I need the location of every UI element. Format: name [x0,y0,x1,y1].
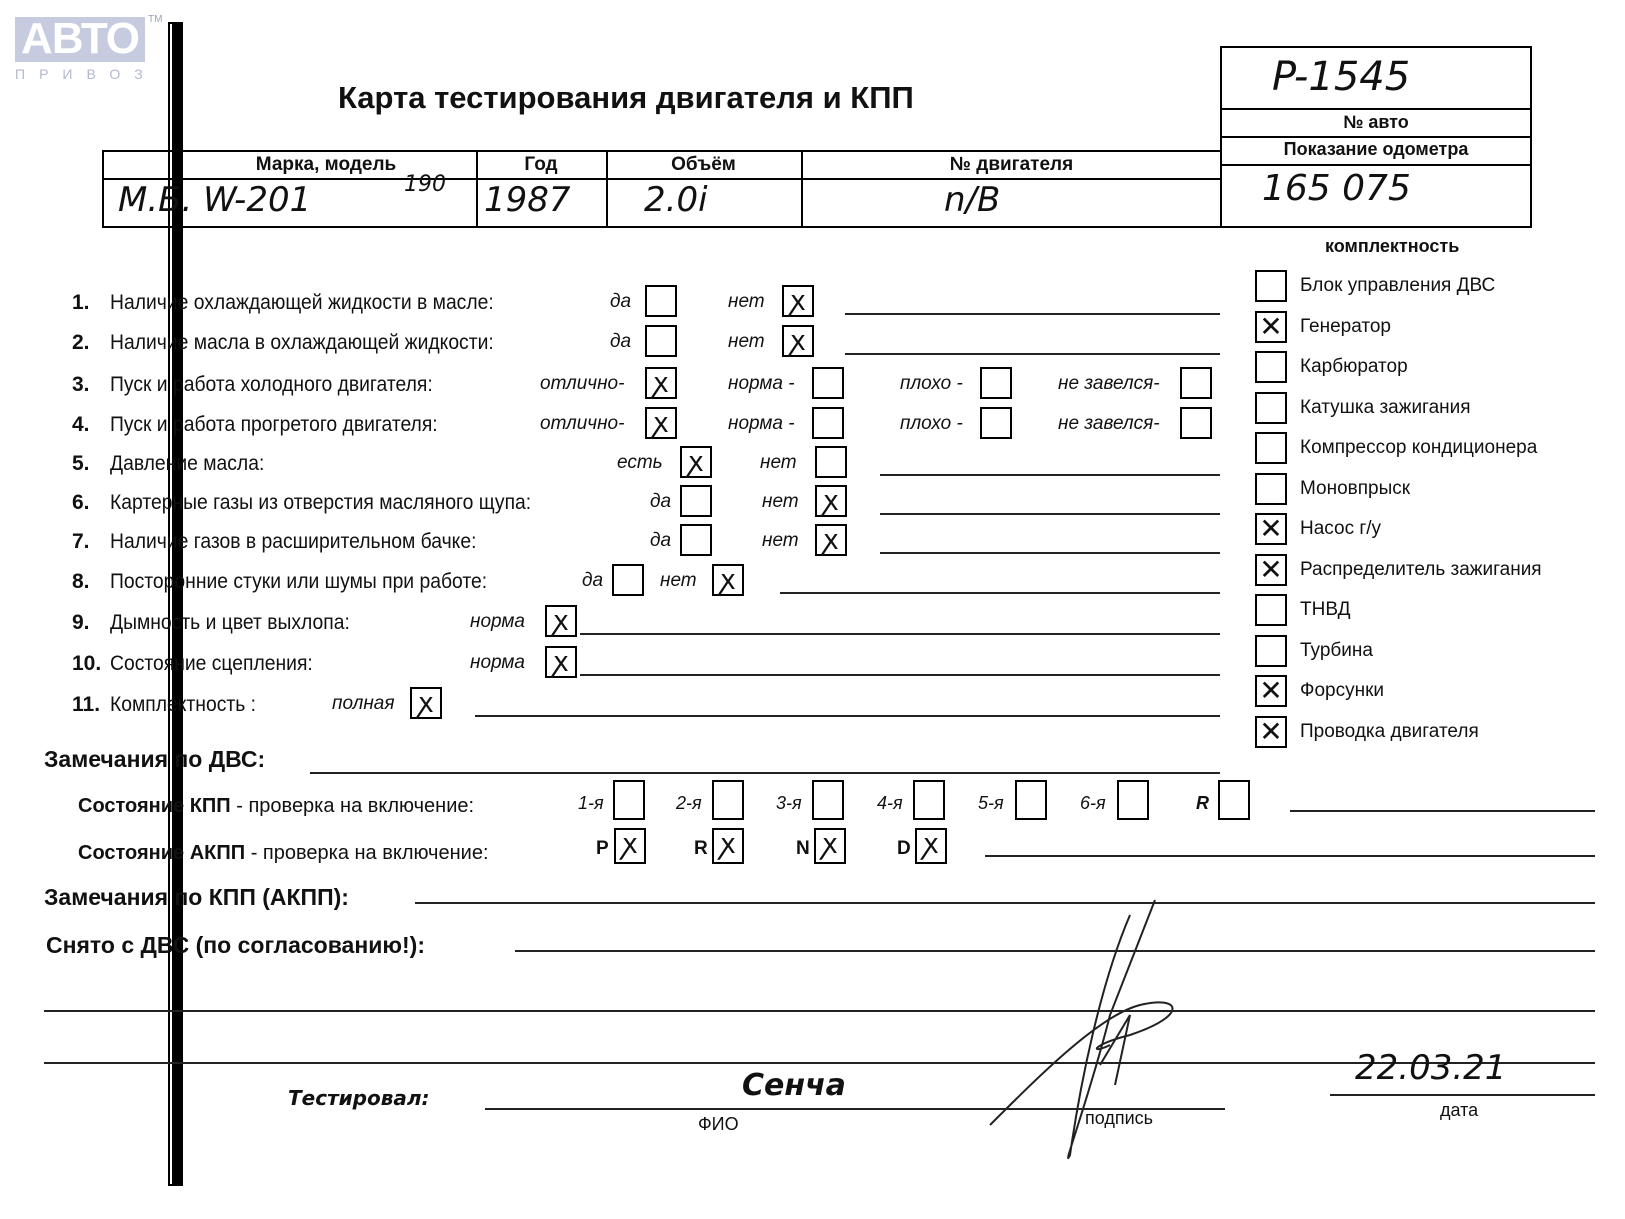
question-number: 7. [72,530,90,554]
completeness-item: ✕Насос г/у [1255,513,1595,549]
question-row: 8.Посторонние стуки или шумы при работе:… [0,562,1230,600]
question-row: 9.Дымность и цвет выхлопа:нормаꭗ [0,603,1230,641]
question-label: Пуск и работа холодного двигателя: [110,373,433,397]
option-label: да [610,331,631,353]
check-mark-icon: ꭗ [817,483,845,519]
question-label: Наличие газов в расширительном бачке: [110,530,476,554]
check-mark-icon: ꭗ [547,644,575,680]
make-model-value[interactable]: М.Б. W-201 [118,180,311,220]
remark-line[interactable] [880,474,1220,476]
question-number: 6. [72,491,90,515]
check-mark-icon: ꭗ [784,323,812,359]
check-mark-icon: ꭗ [647,405,675,441]
gear-checkbox[interactable] [1015,780,1047,820]
completeness-item: ✕Распределитель зажигания [1255,554,1595,590]
gear-label: 1-я [578,793,604,814]
completeness-item: Компрессор кондиционера [1255,432,1595,468]
question-row: 5.Давление масла:естьꭗнет [0,444,1230,482]
option-label: норма [470,652,525,674]
completeness-item: Турбина [1255,635,1595,671]
gear-checkbox[interactable] [613,780,645,820]
question-label: Наличие охлаждающей жидкости в масле: [110,291,494,315]
gear-label: R [1196,793,1209,814]
option-label: норма [470,611,525,633]
completeness-item: Моновпрыск [1255,473,1595,509]
option-label: нет [728,291,765,313]
auto-number-label: № авто [1222,112,1530,133]
volume-header: Объём [606,154,801,176]
gear-label: 4-я [877,793,903,814]
check-mark-icon: ꭗ [547,603,575,639]
check-mark-icon: ꭗ [714,826,742,862]
akpp-gear-label: R [694,838,708,860]
option-checkbox[interactable]: ꭗ [712,564,744,596]
logo-subtitle: ПРИВОЗ [15,66,145,82]
cross-mark-icon: ✕ [1257,511,1285,547]
date-caption: дата [1440,1100,1478,1121]
gear-checkbox[interactable] [712,780,744,820]
cross-mark-icon: ✕ [1257,309,1285,345]
gear-label: 5-я [978,793,1004,814]
cross-mark-icon: ✕ [1257,552,1285,588]
completeness-label: Моновпрыск [1300,478,1410,500]
model-extra-value[interactable]: 190 [404,172,446,197]
manual-gearbox-label-rest: - проверка на включение: [231,795,474,817]
gear-label: 3-я [776,793,802,814]
option-checkbox[interactable] [645,285,677,317]
akpp-gear-label: P [596,838,609,860]
signature-scribble [980,895,1220,1165]
year-value[interactable]: 1987 [484,180,571,220]
completeness-label: Карбюратор [1300,356,1408,378]
remark-line[interactable] [845,353,1220,355]
check-mark-icon: ꭗ [682,444,710,480]
completeness-checkbox[interactable]: ✕ [1255,513,1287,545]
remark-line[interactable] [880,513,1220,515]
question-number: 4. [72,413,90,437]
check-mark-icon: ꭗ [816,826,844,862]
remarks-engine-line[interactable] [310,772,1220,774]
option-label: отлично- [540,373,624,395]
removed-line-2[interactable] [44,1010,1595,1012]
option-checkbox[interactable] [1180,367,1212,399]
option-checkbox[interactable]: ꭗ [645,367,677,399]
completeness-label: Форсунки [1300,680,1384,702]
option-label: нет [762,530,799,552]
page-title: Карта тестирования двигателя и КПП [338,80,914,116]
completeness-item: ✕Форсунки [1255,675,1595,711]
remark-line[interactable] [880,552,1220,554]
box-divider [1222,108,1530,110]
akpp-gear-checkbox[interactable]: ꭗ [712,828,744,864]
option-checkbox[interactable] [812,407,844,439]
question-label: Давление масла: [110,452,264,476]
check-mark-icon: ꭗ [714,562,742,598]
question-number: 5. [72,452,90,476]
completeness-checkbox[interactable] [1255,473,1287,505]
gear-checkbox[interactable] [1117,780,1149,820]
option-checkbox[interactable] [815,446,847,478]
option-label: есть [617,452,663,474]
logo-trademark: TM [148,14,162,25]
remark-line[interactable] [580,633,1220,635]
option-checkbox[interactable]: ꭗ [645,407,677,439]
option-checkbox[interactable]: ꭗ [782,325,814,357]
check-mark-icon: ꭗ [647,365,675,401]
completeness-checkbox[interactable]: ✕ [1255,311,1287,343]
option-label: норма - [728,373,795,395]
option-label: нет [660,570,697,592]
option-label: да [650,491,671,513]
question-number: 3. [72,373,90,397]
option-checkbox[interactable] [645,325,677,357]
option-checkbox[interactable] [680,485,712,517]
check-mark-icon: ꭗ [616,826,644,862]
remark-line[interactable] [475,715,1220,717]
option-label: плохо - [900,373,963,395]
auto-odometer-box: P-1545 № авто Показание одометра 165 075 [1220,46,1532,228]
question-row: 1.Наличие охлаждающей жидкости в масле:д… [0,283,1230,321]
box-divider [1222,136,1530,138]
option-checkbox[interactable] [612,564,644,596]
option-label: не завелся- [1058,413,1160,435]
option-label: полная [332,693,395,715]
completeness-label: Турбина [1300,640,1373,662]
completeness-checkbox[interactable] [1255,635,1287,667]
option-checkbox[interactable]: ꭗ [782,285,814,317]
question-label: Дымность и цвет выхлопа: [110,611,350,635]
volume-value[interactable]: 2.0i [644,180,708,220]
completeness-checkbox[interactable] [1255,432,1287,464]
gear-checkbox[interactable] [1218,780,1250,820]
manual-gearbox-label-bold: Состояние КПП [78,795,231,817]
tested-by-label: Тестировал: [288,1086,430,1110]
completeness-checkbox[interactable]: ✕ [1255,716,1287,748]
completeness-checkbox[interactable] [1255,270,1287,302]
completeness-label: Катушка зажигания [1300,397,1471,419]
engine-number-header: № двигателя [801,154,1222,176]
question-row: 2.Наличие масла в охлаждающей жидкости:д… [0,323,1230,361]
auto-number-value[interactable]: P-1545 [1272,54,1410,100]
option-label: нет [760,452,797,474]
auto-gearbox-label-bold: Состояние АКПП [78,842,245,864]
year-header: Год [476,154,606,176]
option-label: да [650,530,671,552]
gear-label: 2-я [676,793,702,814]
option-label: не завелся- [1058,373,1160,395]
akpp-gear-label: D [897,838,911,860]
cross-mark-icon: ✕ [1257,673,1285,709]
check-mark-icon: ꭗ [412,685,440,721]
auto-gearbox-label: Состояние АКПП - проверка на включение: [78,842,489,865]
completeness-label: ТНВД [1300,599,1350,621]
vehicle-info-table: Марка, модель Год Объём № двигателя М.Б.… [102,150,1222,228]
completeness-label: Распределитель зажигания [1300,559,1542,581]
akpp-gear-checkbox[interactable]: ꭗ [814,828,846,864]
question-label: Картерные газы из отверстия масляного щу… [110,491,531,515]
option-label: норма - [728,413,795,435]
remarks-gearbox-label: Замечания по КПП (АКПП): [44,884,349,911]
question-number: 10. [72,652,101,676]
akpp-gear-checkbox[interactable]: ꭗ [915,828,947,864]
completeness-item: Карбюратор [1255,351,1595,387]
question-number: 8. [72,570,90,594]
check-mark-icon: ꭗ [817,522,845,558]
completeness-item: Блок управления ДВС [1255,270,1595,306]
question-row: 6.Картерные газы из отверстия масляного … [0,483,1230,521]
option-label: да [582,570,603,592]
gear-checkbox[interactable] [812,780,844,820]
tested-by-value[interactable]: Сенча [742,1068,846,1103]
completeness-checkbox[interactable]: ✕ [1255,554,1287,586]
option-label: нет [728,331,765,353]
question-row: 3.Пуск и работа холодного двигателя:отли… [0,365,1230,403]
odometer-value[interactable]: 165 075 [1262,168,1411,209]
option-checkbox[interactable] [1180,407,1212,439]
completeness-item: ✕Генератор [1255,311,1595,347]
completeness-label: Компрессор кондиционера [1300,437,1537,459]
option-label: да [610,291,631,313]
option-checkbox[interactable]: ꭗ [545,605,577,637]
remarks-engine-label: Замечания по ДВС: [44,746,265,773]
question-label: Состояние сцепления: [110,652,313,676]
option-checkbox[interactable] [980,407,1012,439]
completeness-item: Катушка зажигания [1255,392,1595,428]
manual-gearbox-label: Состояние КПП - проверка на включение: [78,795,474,818]
option-checkbox[interactable]: ꭗ [815,485,847,517]
question-number: 11. [72,693,100,717]
completeness-label: Проводка двигателя [1300,721,1479,743]
completeness-checkbox[interactable] [1255,594,1287,626]
option-checkbox[interactable] [680,524,712,556]
odometer-label: Показание одометра [1222,139,1530,160]
completeness-checkbox[interactable] [1255,392,1287,424]
option-checkbox[interactable]: ꭗ [815,524,847,556]
option-checkbox[interactable]: ꭗ [410,687,442,719]
akpp-gear-label: N [796,838,810,860]
gear-label: 6-я [1080,793,1106,814]
question-label: Пуск и работа прогретого двигателя: [110,413,438,437]
engine-number-value[interactable]: n/B [944,180,1000,220]
completeness-item: ТНВД [1255,594,1595,630]
option-checkbox[interactable]: ꭗ [680,446,712,478]
question-row: 10.Состояние сцепления:нормаꭗ [0,644,1230,682]
auto-gearbox-label-rest: - проверка на включение: [245,842,488,864]
date-line[interactable] [1330,1094,1595,1096]
remark-line[interactable] [580,674,1220,676]
remark-line[interactable] [780,592,1220,594]
option-label: нет [762,491,799,513]
completeness-title: комплектность [1325,236,1459,257]
question-number: 9. [72,611,90,635]
question-row: 7.Наличие газов в расширительном бачке:д… [0,522,1230,560]
date-value[interactable]: 22.03.21 [1355,1048,1506,1088]
box-divider [1222,164,1530,166]
completeness-label: Насос г/у [1300,518,1381,540]
completeness-checkbox[interactable]: ✕ [1255,675,1287,707]
question-label: Наличие масла в охлаждающей жидкости: [110,331,494,355]
question-label: Комплектность : [110,693,256,717]
cross-mark-icon: ✕ [1257,714,1285,750]
fio-caption: ФИО [698,1114,739,1135]
question-label: Посторонние стуки или шумы при работе: [110,570,487,594]
completeness-label: Блок управления ДВС [1300,275,1495,297]
question-row: 4.Пуск и работа прогретого двигателя:отл… [0,405,1230,443]
remark-line[interactable] [845,313,1220,315]
auto-gearbox-line[interactable] [985,855,1595,857]
removed-label: Снято с ДВС (по согласованию!): [46,932,425,959]
question-number: 2. [72,331,90,355]
question-number: 1. [72,291,90,315]
completeness-checkbox[interactable] [1255,351,1287,383]
option-label: отлично- [540,413,624,435]
logo-text: АВТО [15,14,145,64]
option-checkbox[interactable]: ꭗ [545,646,577,678]
check-mark-icon: ꭗ [784,283,812,319]
completeness-label: Генератор [1300,316,1391,338]
option-checkbox[interactable] [812,367,844,399]
question-row: 11.Комплектность :полнаяꭗ [0,685,1230,723]
option-label: плохо - [900,413,963,435]
manual-gearbox-line[interactable] [1290,810,1595,812]
gear-checkbox[interactable] [913,780,945,820]
check-mark-icon: ꭗ [917,826,945,862]
akpp-gear-checkbox[interactable]: ꭗ [614,828,646,864]
completeness-item: ✕Проводка двигателя [1255,716,1595,752]
option-checkbox[interactable] [980,367,1012,399]
